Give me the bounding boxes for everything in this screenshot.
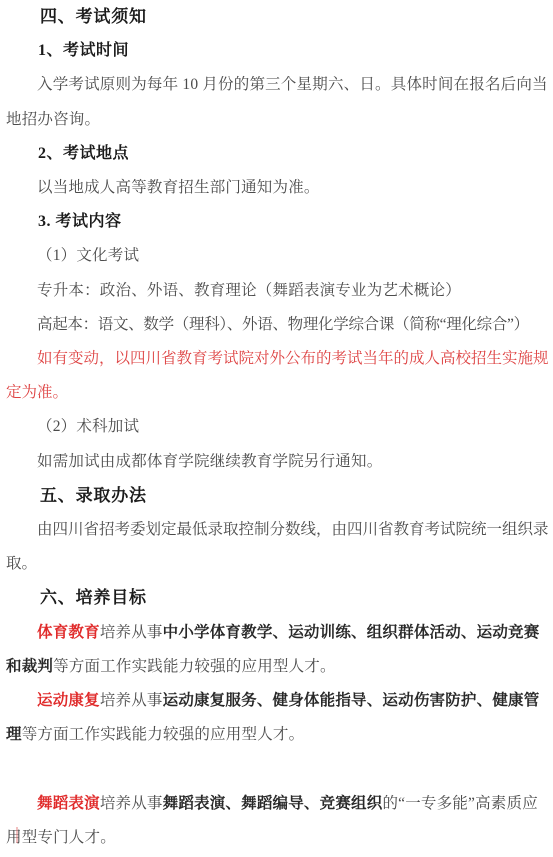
heading-training-goals: 六、培养目标 bbox=[6, 581, 549, 615]
text-run-normal: 等方面工作实践能力较强的应用型人才。 bbox=[53, 658, 336, 675]
text-run-normal: 五、录取办法 bbox=[40, 486, 147, 505]
text-run-normal: 1、考试时间 bbox=[38, 42, 129, 59]
document-body: 四、考试须知1、考试时间入学考试原则为每年 10 月份的第三个星期六、日。具体时… bbox=[6, 0, 549, 855]
text-run-normal: 专升本：政治、外语、教育理论（舞蹈表演专业为艺术概论） bbox=[37, 282, 461, 299]
text-run-normal: 培养从事 bbox=[100, 795, 163, 812]
text-run-normal: 培养从事 bbox=[100, 624, 163, 641]
text-run-normal: 如有变动，以四川省教育考试院对外公布的考试当年的成人高校招生实施规定为准。 bbox=[6, 350, 549, 401]
text-run-normal: 2、考试地点 bbox=[38, 145, 129, 162]
text-run-normal: 培养从事 bbox=[100, 692, 163, 709]
text-run-bold: 舞蹈表演、舞蹈编导、竞赛组织 bbox=[163, 795, 383, 812]
text-run-normal: 以当地成人高等教育招生部门通知为准。 bbox=[37, 179, 320, 196]
text-run-normal: 3. 考试内容 bbox=[38, 213, 122, 230]
paragraph-change-notice: 如有变动，以四川省教育考试院对外公布的考试当年的成人高校招生实施规定为准。 bbox=[6, 342, 549, 410]
document-page: 四、考试须知1、考试时间入学考试原则为每年 10 月份的第三个星期六、日。具体时… bbox=[0, 0, 553, 857]
text-run-normal: 如需加试由成都体育学院继续教育学院另行通知。 bbox=[37, 453, 382, 470]
subheading-exam-content: 3. 考试内容 bbox=[6, 205, 549, 239]
paragraph-gaoqiben-subjects: 高起本：语文、数学（理科）、外语、物理化学综合课（简称“理化综合”） bbox=[6, 308, 549, 342]
subheading-exam-location: 2、考试地点 bbox=[6, 137, 549, 171]
spacer bbox=[6, 752, 549, 786]
paragraph-culture-exam-label: （1）文化考试 bbox=[6, 239, 549, 273]
text-run-normal: 六、培养目标 bbox=[40, 588, 147, 607]
paragraph-goal-sports-education: 体育教育培养从事中小学体育教学、运动训练、组织群体活动、运动竞赛和裁判等方面工作… bbox=[6, 616, 549, 684]
subheading-exam-time: 1、考试时间 bbox=[6, 34, 549, 68]
paragraph-exam-time: 入学考试原则为每年 10 月份的第三个星期六、日。具体时间在报名后向当地招办咨询… bbox=[6, 68, 549, 136]
text-run-normal: （2）术科加试 bbox=[37, 418, 139, 435]
text-run-redbold: 运动康复 bbox=[37, 692, 100, 709]
text-run-normal: 高起本：语文、数学（理科）、外语、物理化学综合课（简称“理化综合”） bbox=[37, 316, 529, 333]
text-run-normal: （1）文化考试 bbox=[37, 247, 139, 264]
paragraph-zhuanshengben-subjects: 专升本：政治、外语、教育理论（舞蹈表演专业为艺术概论） bbox=[6, 274, 549, 308]
text-run-normal: 四、考试须知 bbox=[40, 7, 147, 26]
paragraph-exam-location: 以当地成人高等教育招生部门通知为准。 bbox=[6, 171, 549, 205]
paragraph-skill-test-notice: 如需加试由成都体育学院继续教育学院另行通知。 bbox=[6, 445, 549, 479]
text-run-normal: 入学考试原则为每年 10 月份的第三个星期六、日。具体时间在报名后向当地招办咨询… bbox=[6, 76, 548, 127]
text-run-normal: 由四川省招考委划定最低录取控制分数线，由四川省教育考试院统一组织录取。 bbox=[6, 521, 549, 572]
heading-admission-method: 五、录取办法 bbox=[6, 479, 549, 513]
paragraph-goal-sports-rehab: 运动康复培养从事运动康复服务、健身体能指导、运动伤害防护、健康管理等方面工作实践… bbox=[6, 684, 549, 752]
heading-exam-notes: 四、考试须知 bbox=[6, 0, 549, 34]
revision-mark bbox=[16, 827, 18, 843]
paragraph-goal-dance-performance: 舞蹈表演培养从事舞蹈表演、舞蹈编导、竞赛组织的“一专多能”高素质应用型专门人才。 bbox=[6, 787, 549, 855]
text-run-redbold: 体育教育 bbox=[37, 624, 100, 641]
text-run-redbold: 舞蹈表演 bbox=[37, 795, 100, 812]
paragraph-skill-test-label: （2）术科加试 bbox=[6, 410, 549, 444]
paragraph-admission-method: 由四川省招考委划定最低录取控制分数线，由四川省教育考试院统一组织录取。 bbox=[6, 513, 549, 581]
text-run-normal: 等方面工作实践能力较强的应用型人才。 bbox=[22, 726, 305, 743]
